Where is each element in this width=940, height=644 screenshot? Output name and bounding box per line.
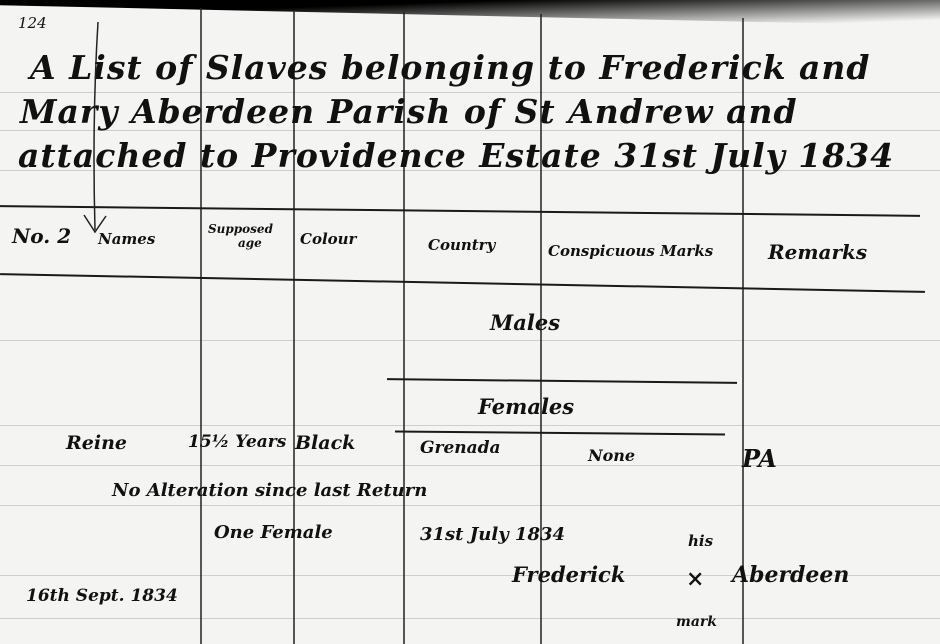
entry-country: Grenada bbox=[420, 438, 501, 458]
page-number: 124 bbox=[18, 14, 47, 32]
entry-marks: None bbox=[588, 446, 635, 465]
ruled-line bbox=[0, 340, 940, 341]
entry-age: 15½ Years bbox=[188, 432, 286, 452]
header-top-rule bbox=[0, 205, 920, 217]
signature-mark-x: × bbox=[686, 566, 704, 592]
title-line-2: Mary Aberdeen Parish of St Andrew and bbox=[20, 92, 798, 131]
column-header-conspicuous-marks: Conspicuous Marks bbox=[548, 242, 713, 260]
entry-name: Reine bbox=[66, 432, 127, 454]
signature-last-name: Aberdeen bbox=[732, 562, 849, 588]
title-line-1: A List of Slaves belonging to Frederick … bbox=[30, 48, 870, 87]
arrow-down-icon bbox=[80, 20, 120, 240]
section-males: Males bbox=[490, 310, 560, 335]
column-header-country: Country bbox=[428, 236, 495, 254]
column-header-age: age bbox=[238, 236, 262, 250]
entry-colour: Black bbox=[295, 432, 355, 454]
females-rule bbox=[395, 431, 725, 436]
header-bottom-rule bbox=[0, 273, 925, 293]
ruled-line bbox=[0, 618, 940, 619]
ruled-line bbox=[0, 465, 940, 466]
column-header-supposed: Supposed bbox=[208, 222, 273, 236]
register-number: No. 2 bbox=[12, 224, 71, 248]
total-count: One Female bbox=[214, 522, 333, 543]
males-rule bbox=[387, 378, 737, 384]
column-header-remarks: Remarks bbox=[768, 240, 867, 264]
column-header-colour: Colour bbox=[300, 230, 356, 248]
title-line-3: attached to Providence Estate 31st July … bbox=[18, 136, 894, 175]
scan-edge-shadow bbox=[0, 0, 940, 26]
signature-his: his bbox=[688, 532, 713, 550]
ruled-line bbox=[0, 505, 940, 506]
footer-date: 16th Sept. 1834 bbox=[26, 586, 178, 606]
total-date: 31st July 1834 bbox=[420, 524, 565, 545]
signature-first-name: Frederick bbox=[512, 562, 625, 587]
section-females: Females bbox=[478, 394, 574, 419]
signature-mark-label: mark bbox=[676, 614, 717, 630]
entry-remarks: PA bbox=[742, 444, 777, 473]
ruled-line bbox=[0, 425, 940, 426]
column-header-names: Names bbox=[98, 230, 155, 248]
no-alteration-note: No Alteration since last Return bbox=[112, 480, 427, 501]
